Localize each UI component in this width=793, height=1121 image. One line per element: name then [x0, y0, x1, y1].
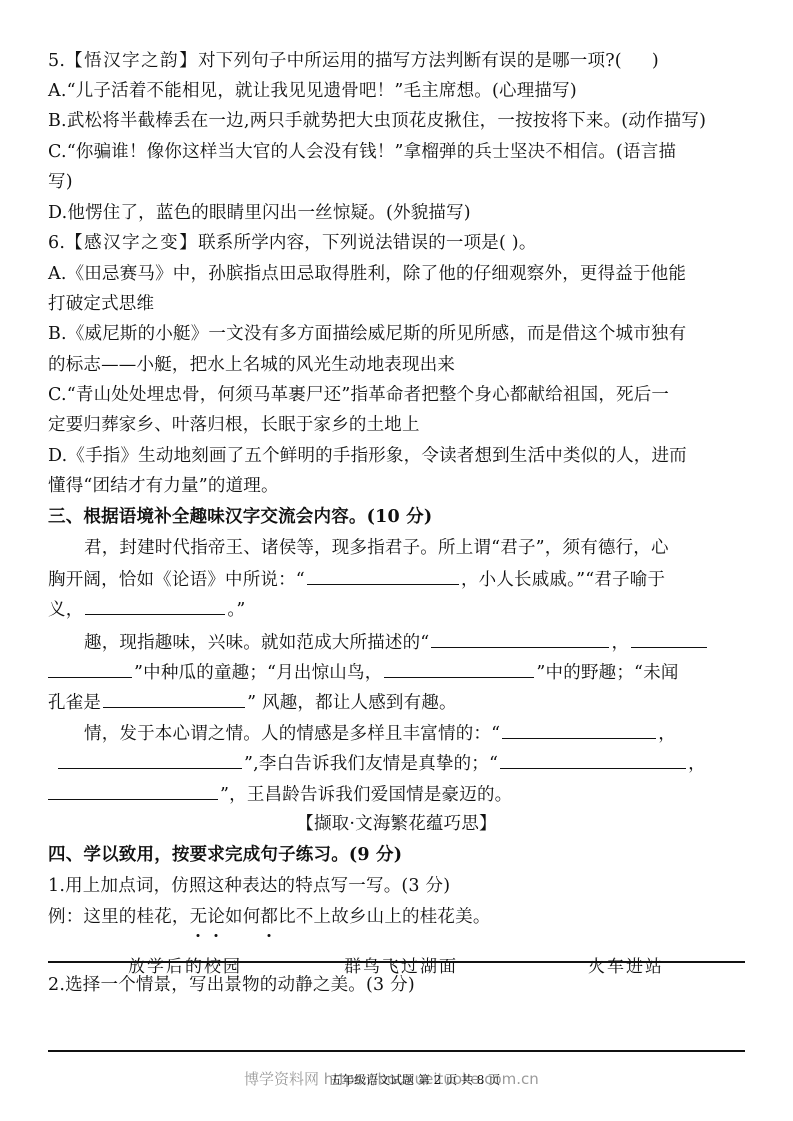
q6-option-a: A.《田忌赛马》中，孙膑指点田忌取得胜利，除了他的仔细观察外，更得益于他能 [48, 259, 745, 289]
p1-line2: 胸开阔，恰如《论语》中所说：“，小人长戚戚。”“君子喻于 [48, 564, 745, 595]
q6-option-c-cont: 定要归葬家乡、叶落归根，长眠于家乡的土地上 [48, 410, 745, 440]
q6-option-b-cont: 的标志——小艇，把水上名城的风光生动地表现出来 [48, 350, 745, 380]
section3-title: 三、根据语境补全趣味汉字交流会内容。(10 分) [48, 502, 745, 532]
blank-7b[interactable] [58, 748, 242, 769]
example-text: 例：这里的桂花， [48, 907, 190, 927]
q5-option-c: C.“你骗谁！像你这样当大官的人会没有钱！”拿榴弹的兵士坚决不相信。(语言描 [48, 137, 745, 167]
q5-stem-text: 对下列句子中所运用的描写方法判断有误的是哪一项?( [198, 51, 622, 71]
p3-text: ”,李白告诉我们友情是真挚的；“ [244, 754, 498, 774]
p3-text: ， [688, 754, 706, 774]
p2-line1: 趣，现指趣味，兴味。就如范成大所描述的“， [48, 627, 745, 658]
dotted-word: 无 [190, 902, 208, 932]
p2-text: 趣，现指趣味，兴味。就如范成大所描述的“ [84, 633, 429, 653]
q5-option-b: B.武松将半截棒丢在一边,两只手就势把大虫顶花皮揪住，一按按将下来。(动作描写) [48, 106, 745, 136]
section-banner: 【撷取·文海繁花蕴巧思】 [48, 809, 745, 839]
p3-text: 情，发于本心谓之情。人的情感是多样且丰富情的：“ [84, 724, 500, 744]
p2-text: ， [611, 633, 629, 653]
p1-text: 。” [227, 600, 245, 620]
page-footer: 博学资料网 https://bouxueituoke.com.cn 五年级语文试… [0, 1068, 793, 1092]
paren-close: ) [652, 51, 659, 71]
blank-3[interactable] [431, 627, 609, 648]
page-info: 五年级语文试题 第 2 页 共 8 页 [330, 1071, 500, 1088]
q6-number: 6. [48, 233, 65, 253]
blank-8a[interactable] [500, 748, 686, 769]
p3-line1: 情，发于本心谓之情。人的情感是多样且丰富情的：“， [48, 718, 745, 749]
blank-5[interactable] [384, 657, 534, 678]
scene-option-2: 群鸟飞过湖面 [344, 952, 458, 977]
q5-stem: 5.【悟汉字之韵】对下列句子中所运用的描写方法判断有误的是哪一项?() [48, 46, 745, 76]
p1-line3: 义，。” [48, 594, 745, 625]
answer-line-2[interactable] [48, 1050, 745, 1052]
blank-4b[interactable] [48, 657, 132, 678]
q6-option-a-cont: 打破定式思维 [48, 289, 745, 319]
q5-number: 5. [48, 51, 65, 71]
blank-4a[interactable] [631, 627, 707, 648]
p1-line1: 君，封建时代指帝王、诸侯等，现多指君子。所上谓“君子”，须有德行，心 [48, 533, 745, 563]
section4-title: 四、学以致用，按要求完成句子练习。(9 分) [48, 840, 745, 870]
scene-option-3: 火车进站 [588, 952, 664, 977]
q6-tag: 【感汉字之变】 [65, 233, 198, 253]
p2-text: 孔雀是 [48, 693, 101, 713]
p1-text: ，小人长戚戚。”“君子喻于 [461, 570, 665, 590]
q5-option-d: D.他愣住了，蓝色的眼睛里闪出一丝惊疑。(外貌描写) [48, 198, 745, 228]
p2-text: ”中的野趣；“未闻 [536, 663, 678, 683]
q6-option-c: C.“青山处处埋忠骨，何须马革裹尸还”指革命者把整个身心都献给祖国，死后一 [48, 380, 745, 410]
p3-text: ”，王昌龄告诉我们爱国情是豪迈的。 [220, 785, 512, 805]
dotted-word: 论 [207, 902, 225, 932]
p1-text: 义， [48, 600, 83, 620]
q6-stem: 6.【感汉字之变】联系所学内容，下列说法错误的一项是( )。 [48, 228, 745, 258]
blank-6[interactable] [103, 687, 245, 708]
example-text: 比不上故乡山上的桂花美。 [278, 907, 490, 927]
q6-option-d: D.《手指》生动地刻画了五个鲜明的手指形象，令读者想到生活中类似的人，进而 [48, 441, 745, 471]
example-text: 如何 [225, 907, 260, 927]
scene-option-1: 放学后的校园 [128, 952, 242, 977]
s4-q1-example: 例：这里的桂花，无论如何都比不上故乡山上的桂花美。 [48, 902, 745, 932]
p2-text: ”中种瓜的童趣；“月出惊山鸟， [134, 663, 382, 683]
p3-text: ， [658, 724, 676, 744]
q6-stem-text: 联系所学内容，下列说法错误的一项是( )。 [198, 233, 536, 253]
blank-1[interactable] [307, 564, 459, 585]
p3-line3: ”，王昌龄告诉我们爱国情是豪迈的。 [48, 779, 745, 810]
blank-8b[interactable] [48, 779, 218, 800]
p2-line2: ”中种瓜的童趣；“月出惊山鸟，”中的野趣；“未闻 [48, 657, 745, 688]
q5-option-a: A.“儿子活着不能相见，就让我见见遗骨吧！”毛主席想。(心理描写) [48, 76, 745, 106]
q6-option-d-cont: 懂得“团结才有力量”的道理。 [48, 471, 745, 501]
p2-text: ” 风趣，都让人感到有趣。 [247, 693, 457, 713]
q6-option-b: B.《威尼斯的小艇》一文没有多方面描绘威尼斯的所见所感，而是借这个城市独有 [48, 319, 745, 349]
q5-tag: 【悟汉字之韵】 [65, 51, 198, 71]
dotted-word: 都 [260, 902, 278, 932]
p3-line2: ”,李白告诉我们友情是真挚的；“， [48, 748, 745, 779]
blank-2[interactable] [85, 594, 225, 615]
s4-q1-stem: 1.用上加点词，仿照这种表达的特点写一写。(3 分) [48, 871, 745, 901]
blank-7a[interactable] [502, 718, 656, 739]
q5-option-c-cont: 写) [48, 167, 745, 197]
p2-line3: 孔雀是” 风趣，都让人感到有趣。 [48, 687, 745, 718]
p1-text: 胸开阔，恰如《论语》中所说：“ [48, 570, 305, 590]
